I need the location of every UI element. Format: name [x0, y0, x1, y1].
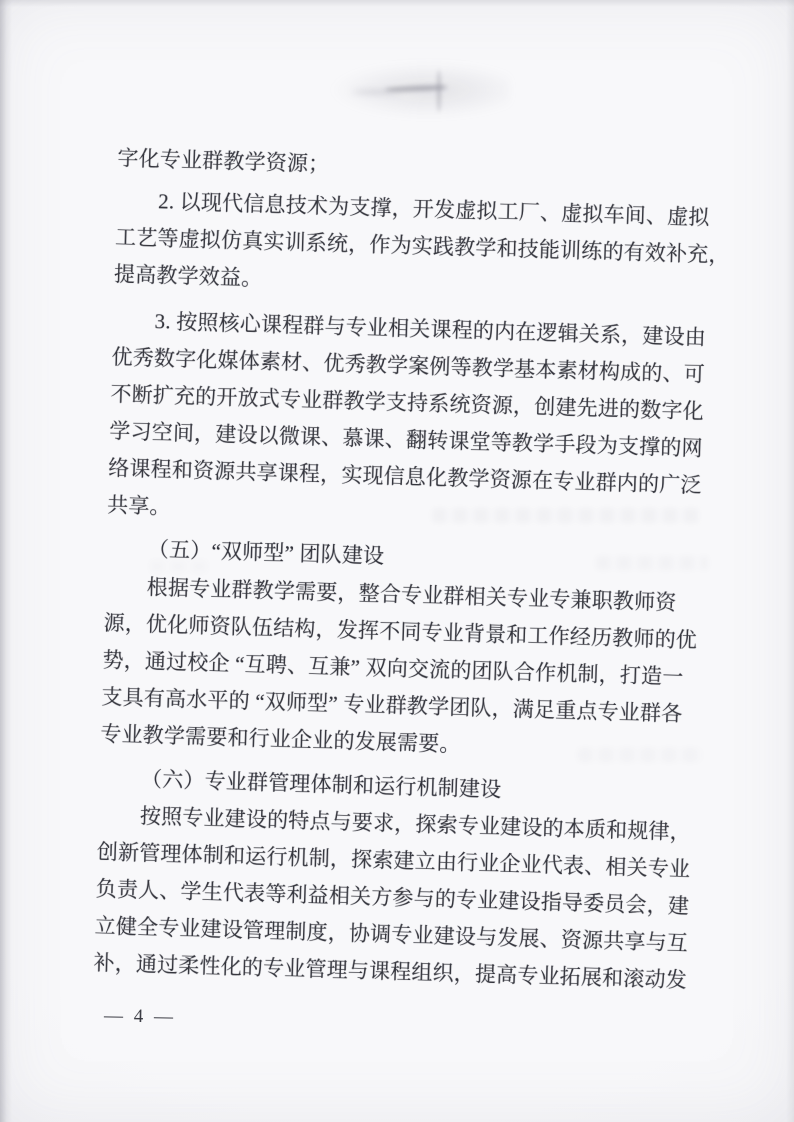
page-number: — 4 —: [104, 1005, 176, 1028]
ink-smudge-artifact: [437, 70, 441, 112]
paragraph: 3. 按照核心课程群与专业相关课程的内在逻辑关系，建设由优秀数字化媒体素材、优秀…: [107, 302, 727, 542]
scan-edge-shadow-top: [0, 0, 794, 7]
paragraph: 2. 以现代信息技术为支撑，开发虚拟工厂、虚拟车间、虚拟工艺等虚拟仿真实训系统，…: [113, 182, 730, 311]
paragraph: 按照专业建设的特点与要求，探索专业建设的本质和规律，创新管理体制和运行机制，探索…: [93, 797, 712, 1000]
document-body: 字化专业群教学资源；2. 以现代信息技术为支撑，开发虚拟工厂、虚拟车间、虚拟工艺…: [93, 140, 732, 1000]
scan-edge-shadow-left: [0, 0, 12, 1122]
scan-edge-shadow-right: [786, 0, 794, 1122]
document-page: 字化专业群教学资源；2. 以现代信息技术为支撑，开发虚拟工厂、虚拟车间、虚拟工艺…: [0, 0, 794, 1122]
paragraph: 根据专业群教学需要，整合专业群相关专业专兼职教师资源，优化师资队伍结构，发挥不同…: [100, 568, 719, 771]
